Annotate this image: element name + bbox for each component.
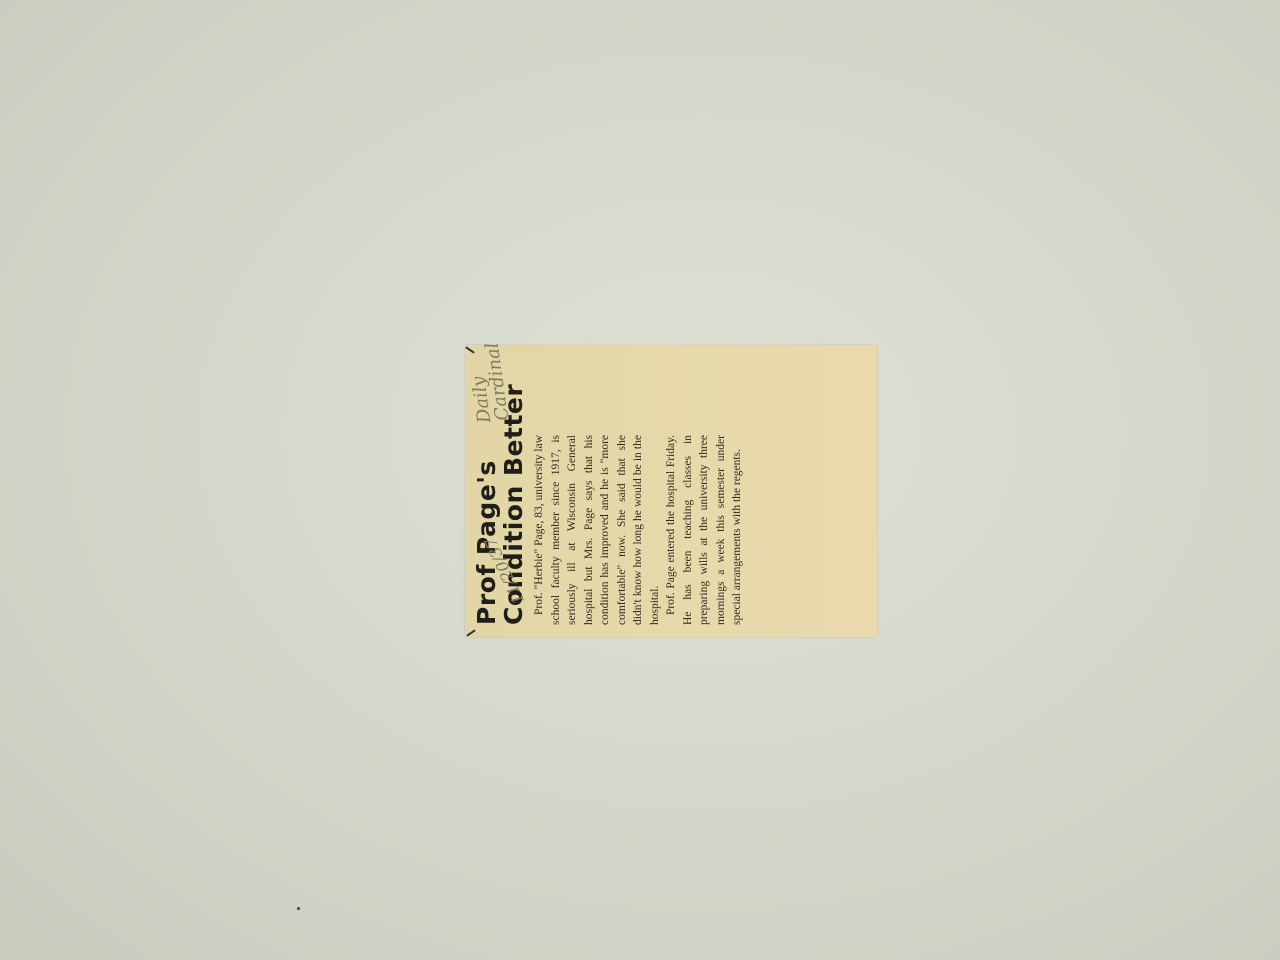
article-body: Prof. "Herbie" Page, 83, university law … (531, 435, 746, 625)
article-paragraph-1: Prof. "Herbie" Page, 83, university law … (531, 435, 663, 625)
clipping-content: Prof Page's Condition Better Prof. "Herb… (465, 345, 877, 637)
article-paragraph-2: Prof. Page entered the hospital Friday. … (663, 435, 746, 625)
newspaper-clipping: Prof Page's Condition Better Prof. "Herb… (465, 345, 877, 637)
dust-speck (297, 907, 300, 910)
